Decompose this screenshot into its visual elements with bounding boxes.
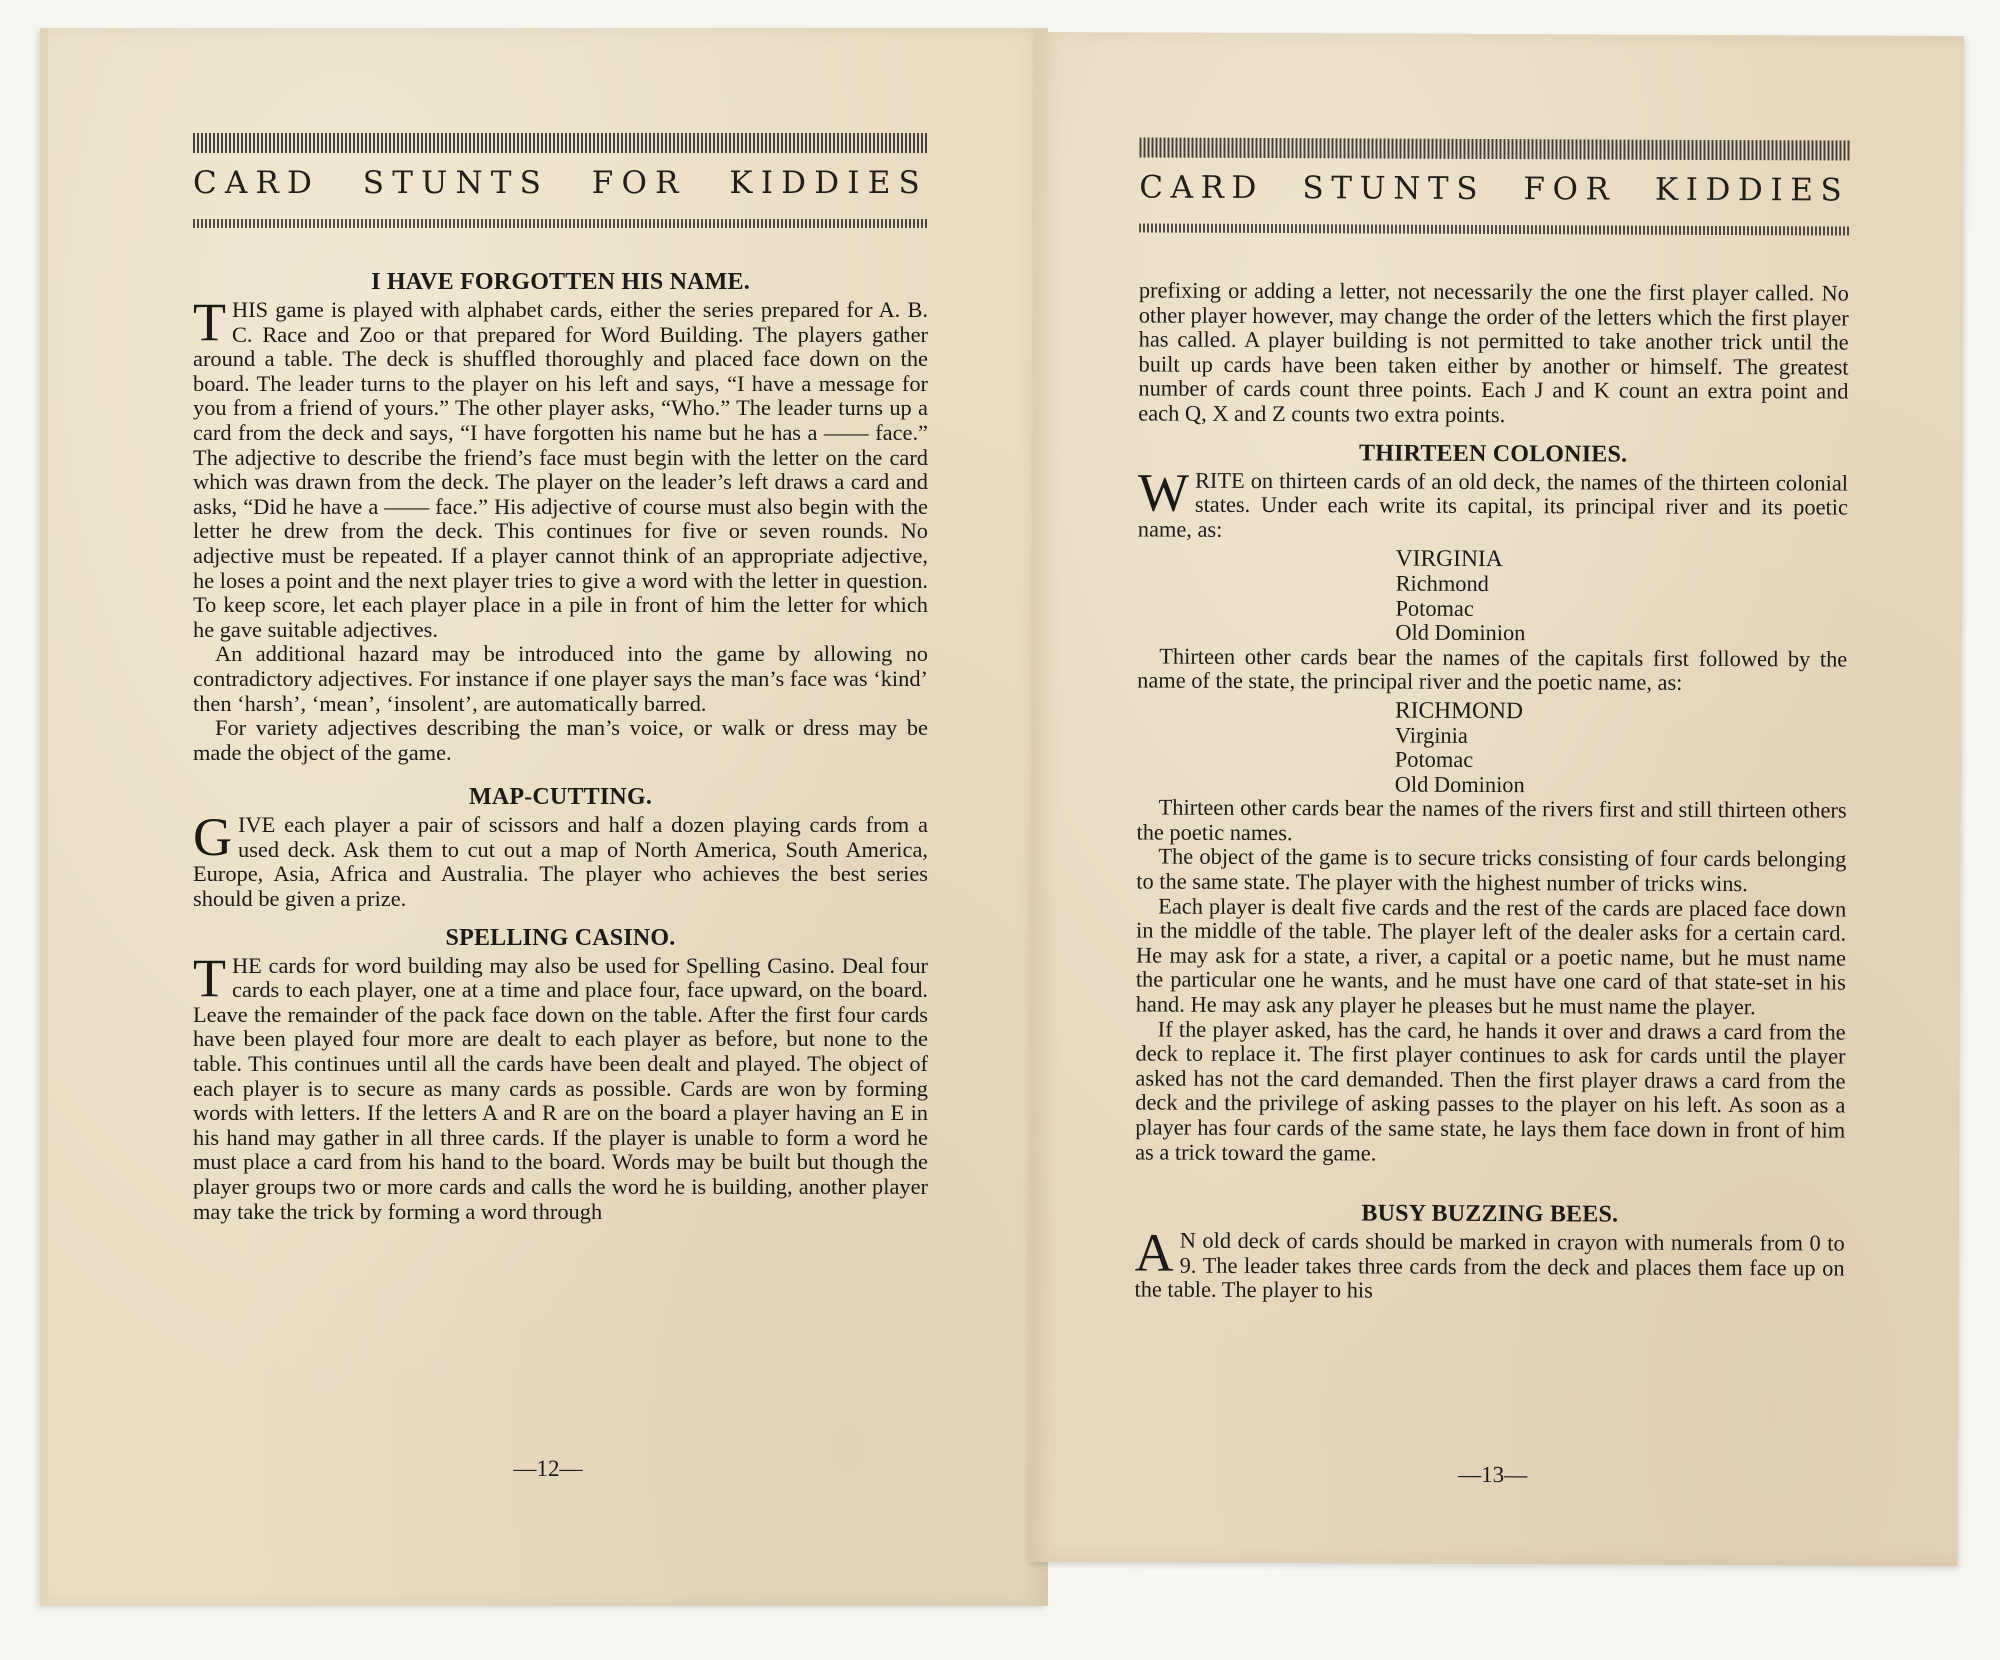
ornamental-rule-top (193, 133, 928, 153)
drop-cap: A (1135, 1231, 1174, 1275)
capital-card-example: RICHMOND Virginia Potomac Old Dominion (1395, 698, 1847, 798)
section-title: THIRTEEN COLONIES. (1138, 438, 1848, 469)
body-paragraph: The object of the game is to secure tric… (1136, 845, 1846, 897)
card-line: RICHMOND (1395, 698, 1847, 725)
section-spelling-casino: SPELLING CASINO. THE cards for word buil… (193, 924, 928, 1225)
running-head: CARD STUNTS FOR KIDDIES (193, 133, 928, 228)
section-forgotten-name: I HAVE FORGOTTEN HIS NAME. THIS game is … (193, 268, 928, 765)
body-paragraph: Thirteen other cards bear the names of t… (1137, 644, 1847, 696)
section-title: SPELLING CASINO. (193, 924, 928, 952)
card-line: VIRGINIA (1396, 547, 1848, 574)
body-paragraph: THIS game is played with alphabet cards,… (193, 298, 928, 642)
right-page: CARD STUNTS FOR KIDDIES prefixing or add… (1027, 32, 1964, 1566)
card-line: Old Dominion (1395, 772, 1847, 799)
page-number: —13— (1028, 1460, 1958, 1490)
left-page-column: CARD STUNTS FOR KIDDIES I HAVE FORGOTTEN… (193, 133, 928, 1224)
body-paragraph: Each player is dealt five cards and the … (1136, 894, 1847, 1020)
body-paragraph: THE cards for word building may also be … (193, 954, 928, 1225)
section-map-cutting: MAP-CUTTING. GIVE each player a pair of … (193, 783, 928, 911)
ornamental-rule-bottom (1139, 223, 1849, 235)
body-paragraph: GIVE each player a pair of scissors and … (193, 813, 928, 911)
body-paragraph: If the player asked, has the card, he ha… (1135, 1017, 1846, 1168)
state-card-example: VIRGINIA Richmond Potomac Old Dominion (1395, 547, 1847, 647)
body-paragraph: Thirteen other cards bear the names of t… (1136, 796, 1846, 848)
card-line: Potomac (1395, 596, 1847, 623)
running-head: CARD STUNTS FOR KIDDIES (1139, 137, 1849, 235)
drop-cap: G (193, 815, 232, 859)
running-head-title: CARD STUNTS FOR KIDDIES (1139, 167, 1849, 210)
section-busy-buzzing-bees: BUSY BUZZING BEES. AN old deck of cards … (1134, 1199, 1844, 1306)
ornamental-rule-top (1139, 137, 1849, 160)
left-page: CARD STUNTS FOR KIDDIES I HAVE FORGOTTEN… (40, 28, 1048, 1606)
card-line: Old Dominion (1395, 621, 1847, 648)
section-title: I HAVE FORGOTTEN HIS NAME. (193, 268, 928, 296)
drop-cap: T (193, 956, 226, 1000)
running-head-title: CARD STUNTS FOR KIDDIES (193, 163, 928, 203)
section-thirteen-colonies: THIRTEEN COLONIES. WRITE on thirteen car… (1135, 438, 1848, 1168)
card-line: Virginia (1395, 723, 1847, 750)
body-paragraph: An additional hazard may be introduced i… (193, 642, 928, 716)
page-number: —12— (48, 1456, 1048, 1482)
drop-cap: T (193, 300, 226, 344)
section-title: MAP-CUTTING. (193, 783, 928, 811)
section-title: BUSY BUZZING BEES. (1135, 1199, 1845, 1230)
drop-cap: W (1138, 470, 1189, 514)
right-page-column: CARD STUNTS FOR KIDDIES prefixing or add… (1134, 137, 1849, 1305)
body-paragraph: AN old deck of cards should be marked in… (1134, 1229, 1844, 1306)
booklet-spread: CARD STUNTS FOR KIDDIES I HAVE FORGOTTEN… (0, 0, 2000, 1660)
ornamental-rule-bottom (193, 219, 928, 228)
continued-paragraph: prefixing or adding a letter, not necess… (1138, 278, 1849, 429)
body-paragraph: For variety adjectives describing the ma… (193, 716, 928, 765)
card-line: Potomac (1395, 748, 1847, 775)
card-line: Richmond (1396, 572, 1848, 599)
body-paragraph: WRITE on thirteen cards of an old deck, … (1138, 468, 1848, 545)
